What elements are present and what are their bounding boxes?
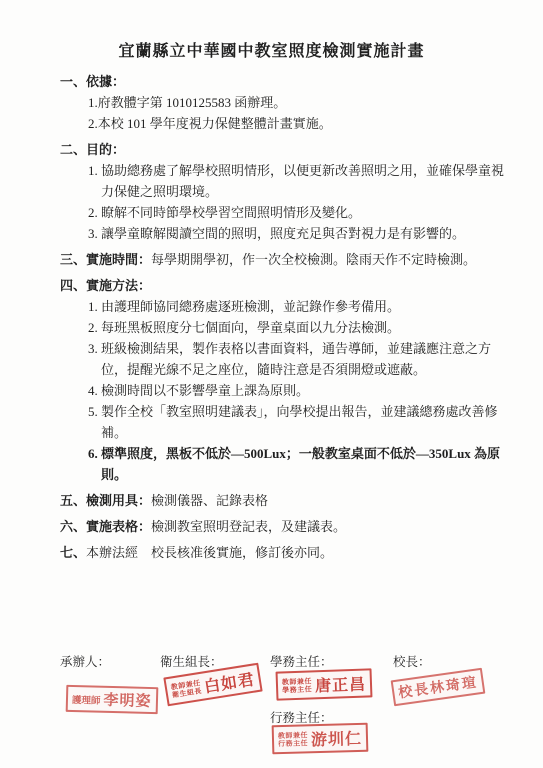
list-item: 2. 每班黑板照度分七個面向，學童桌面以九分法檢測。 [88, 317, 504, 338]
section-label: 檢測用具： [86, 493, 151, 508]
section-number: 三、 [60, 252, 86, 267]
section-heading: 五、檢測用具：檢測儀器、記錄表格 [60, 490, 498, 511]
section-number: 六、 [60, 519, 86, 534]
signature-label-health-section-chief: 衛生組長： [160, 652, 223, 670]
signature-label-academic-affairs-director: 學務主任： [270, 652, 333, 670]
section-schedule: 三、實施時間：每學期開學初，作一次全校檢測。陰雨天作不定時檢測。 [60, 249, 498, 270]
section-heading: 三、實施時間：每學期開學初，作一次全校檢測。陰雨天作不定時檢測。 [60, 249, 498, 270]
signature-label-undertaker: 承辦人： [60, 652, 110, 670]
document-body: 一、依據： 1.府教體字第 1010125583 函辦理。 2.本校 101 學… [0, 61, 543, 563]
stamp-name-text: 白如君 [202, 667, 256, 698]
stamp-title-text: 教師兼任行務主任 [278, 731, 308, 748]
document-title: 宜蘭縣立中華國中教室照度檢測實施計畫 [0, 0, 543, 61]
list-item: 1. 由護理師協同總務處逐班檢測，並記錄作參考備用。 [88, 296, 504, 317]
section-method: 四、實施方法： 1. 由護理師協同總務處逐班檢測，並記錄作參考備用。 2. 每班… [60, 275, 498, 485]
list-item: 2. 瞭解不同時節學校學習空間照明情形及變化。 [88, 202, 504, 223]
section-number: 五、 [60, 493, 86, 508]
section-heading: 一、依據： [60, 71, 498, 92]
stamp-title-text: 教師兼任學務主任 [282, 677, 313, 694]
stamp-academic-affairs-director-seal: 教師兼任學務主任唐正昌 [276, 668, 373, 700]
list-item-standard-lux: 6. 標準照度，黑板不低於—500Lux；一般教室桌面不低於—350Lux 為原… [88, 443, 504, 485]
list-item: 3. 班級檢測結果，製作表格以書面資料，通告導師，並建議應注意之方位，提醒光線不… [88, 338, 504, 380]
section-heading: 六、實施表格：檢測教室照明登記表，及建議表。 [60, 516, 498, 537]
list-item: 1.府教體字第 1010125583 函辦理。 [88, 92, 504, 113]
section-inline-text: 本辦法經 校長核准後實施，修訂後亦同。 [86, 545, 333, 560]
list-item: 2.本校 101 學年度視力保健整體計畫實施。 [88, 113, 504, 134]
stamp-principal-seal: 校長林琦瑄 [391, 668, 486, 707]
section-number: 二、 [60, 142, 86, 157]
section-heading: 四、實施方法： [60, 275, 498, 296]
document-page: 宜蘭縣立中華國中教室照度檢測實施計畫 一、依據： 1.府教體字第 1010125… [0, 0, 543, 768]
section-label: 實施方法： [86, 278, 151, 293]
section-item-list: 1. 由護理師協同總務處逐班檢測，並記錄作參考備用。 2. 每班黑板照度分七個面… [88, 296, 498, 485]
section-purpose: 二、目的： 1. 協助總務處了解學校照明情形，以便更新改善照明之用，並確保學童視… [60, 139, 498, 244]
stamp-name-text: 校長林琦瑄 [397, 672, 479, 703]
section-heading: 七、本辦法經 校長核准後實施，修訂後亦同。 [60, 542, 498, 563]
list-item: 3. 讓學童瞭解閱讀空間的照明，照度充足與否對視力是有影響的。 [88, 223, 504, 244]
section-inline-text: 每學期開學初，作一次全校檢測。陰雨天作不定時檢測。 [151, 252, 476, 267]
stamp-name-text: 唐正昌 [315, 672, 367, 697]
section-inline-text: 檢測教室照明登記表，及建議表。 [151, 519, 346, 534]
section-forms: 六、實施表格：檢測教室照明登記表，及建議表。 [60, 516, 498, 537]
section-label: 實施時間： [86, 252, 151, 267]
stamp-nurse-seal: 護理師李明姿 [66, 685, 158, 714]
section-item-list: 1.府教體字第 1010125583 函辦理。 2.本校 101 學年度視力保健… [88, 92, 498, 134]
section-label: 依據： [86, 74, 125, 89]
stamp-title-text: 教師兼任衛生組長 [170, 678, 202, 698]
list-item: 5. 製作全校「教室照明建議表」，向學校提出報告，並建議總務處改善修補。 [88, 401, 504, 443]
section-basis: 一、依據： 1.府教體字第 1010125583 函辦理。 2.本校 101 學… [60, 71, 498, 134]
section-label: 實施表格： [86, 519, 151, 534]
section-approval: 七、本辦法經 校長核准後實施，修訂後亦同。 [60, 542, 498, 563]
list-item: 1. 協助總務處了解學校照明情形，以便更新改善照明之用，並確保學童視力保健之照明… [88, 160, 504, 202]
stamp-name-text: 游圳仁 [311, 726, 363, 750]
section-label: 目的： [86, 142, 125, 157]
section-tools: 五、檢測用具：檢測儀器、記錄表格 [60, 490, 498, 511]
list-item: 4. 檢測時間以不影響學童上課為原則。 [88, 380, 504, 401]
stamp-name-text: 李明姿 [103, 689, 152, 711]
stamp-administrative-director-seal: 教師兼任行務主任游圳仁 [272, 723, 369, 755]
section-number: 四、 [60, 278, 86, 293]
section-heading: 二、目的： [60, 139, 498, 160]
section-item-list: 1. 協助總務處了解學校照明情形，以便更新改善照明之用，並確保學童視力保健之照明… [88, 160, 498, 244]
section-number: 一、 [60, 74, 86, 89]
section-number: 七、 [60, 545, 86, 560]
signature-label-principal: 校長： [393, 652, 431, 670]
signature-block: 承辦人： 衛生組長： 學務主任： 校長： 行務主任： 護理師李明姿 教師兼任衛生… [0, 648, 543, 768]
section-inline-text: 檢測儀器、記錄表格 [151, 493, 268, 508]
stamp-title-text: 護理師 [72, 691, 101, 706]
